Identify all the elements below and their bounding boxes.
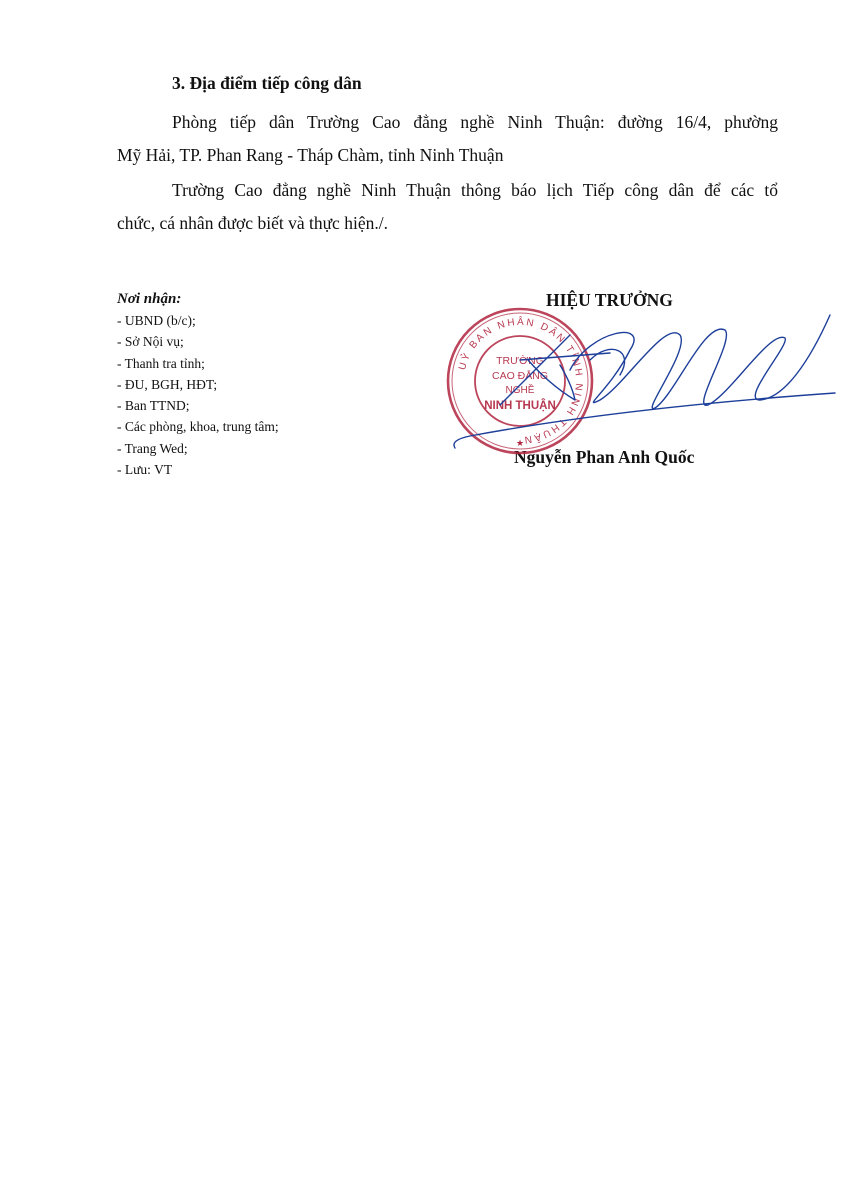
recipients-list: Nơi nhận: - UBND (b/c); - Sở Nội vụ; - T… [117, 288, 279, 480]
section-heading: 3. Địa điểm tiếp công dân [172, 70, 362, 96]
recipient-item: - Các phòng, khoa, trung tâm; [117, 416, 279, 437]
official-stamp: UỶ BAN NHÂN DÂN TỈNH NINH THUẬN TRƯỜNG C… [445, 306, 595, 456]
recipient-item: - UBND (b/c); [117, 310, 279, 331]
notice-paragraph: Trường Cao đẳng nghề Ninh Thuận thông bá… [117, 174, 778, 240]
recipient-item: - Lưu: VT [117, 459, 279, 480]
recipient-item: - Sở Nội vụ; [117, 331, 279, 352]
paragraph-line: Trường Cao đẳng nghề Ninh Thuận thông bá… [117, 174, 778, 207]
recipient-item: - Thanh tra tỉnh; [117, 353, 279, 374]
paragraph-line: Phòng tiếp dân Trường Cao đẳng nghề Ninh… [117, 106, 778, 139]
recipients-title: Nơi nhận: [117, 288, 279, 310]
document-page: 3. Địa điểm tiếp công dân Phòng tiếp dân… [0, 0, 848, 1200]
paragraph-line: chức, cá nhân được biết và thực hiện./. [117, 207, 778, 240]
svg-text:TRƯỜNG: TRƯỜNG [496, 354, 544, 367]
svg-text:NGHỀ: NGHỀ [506, 383, 535, 396]
star-icon: ★ [516, 438, 524, 448]
recipient-item: - ĐU, BGH, HĐT; [117, 374, 279, 395]
paragraph-line: Mỹ Hải, TP. Phan Rang - Tháp Chàm, tỉnh … [117, 139, 778, 172]
svg-text:NINH THUẬN: NINH THUẬN [484, 399, 556, 412]
svg-text:CAO ĐẲNG: CAO ĐẲNG [492, 369, 548, 382]
recipient-item: - Trang Wed; [117, 438, 279, 459]
recipient-item: - Ban TTND; [117, 395, 279, 416]
address-paragraph: Phòng tiếp dân Trường Cao đẳng nghề Ninh… [117, 106, 778, 172]
